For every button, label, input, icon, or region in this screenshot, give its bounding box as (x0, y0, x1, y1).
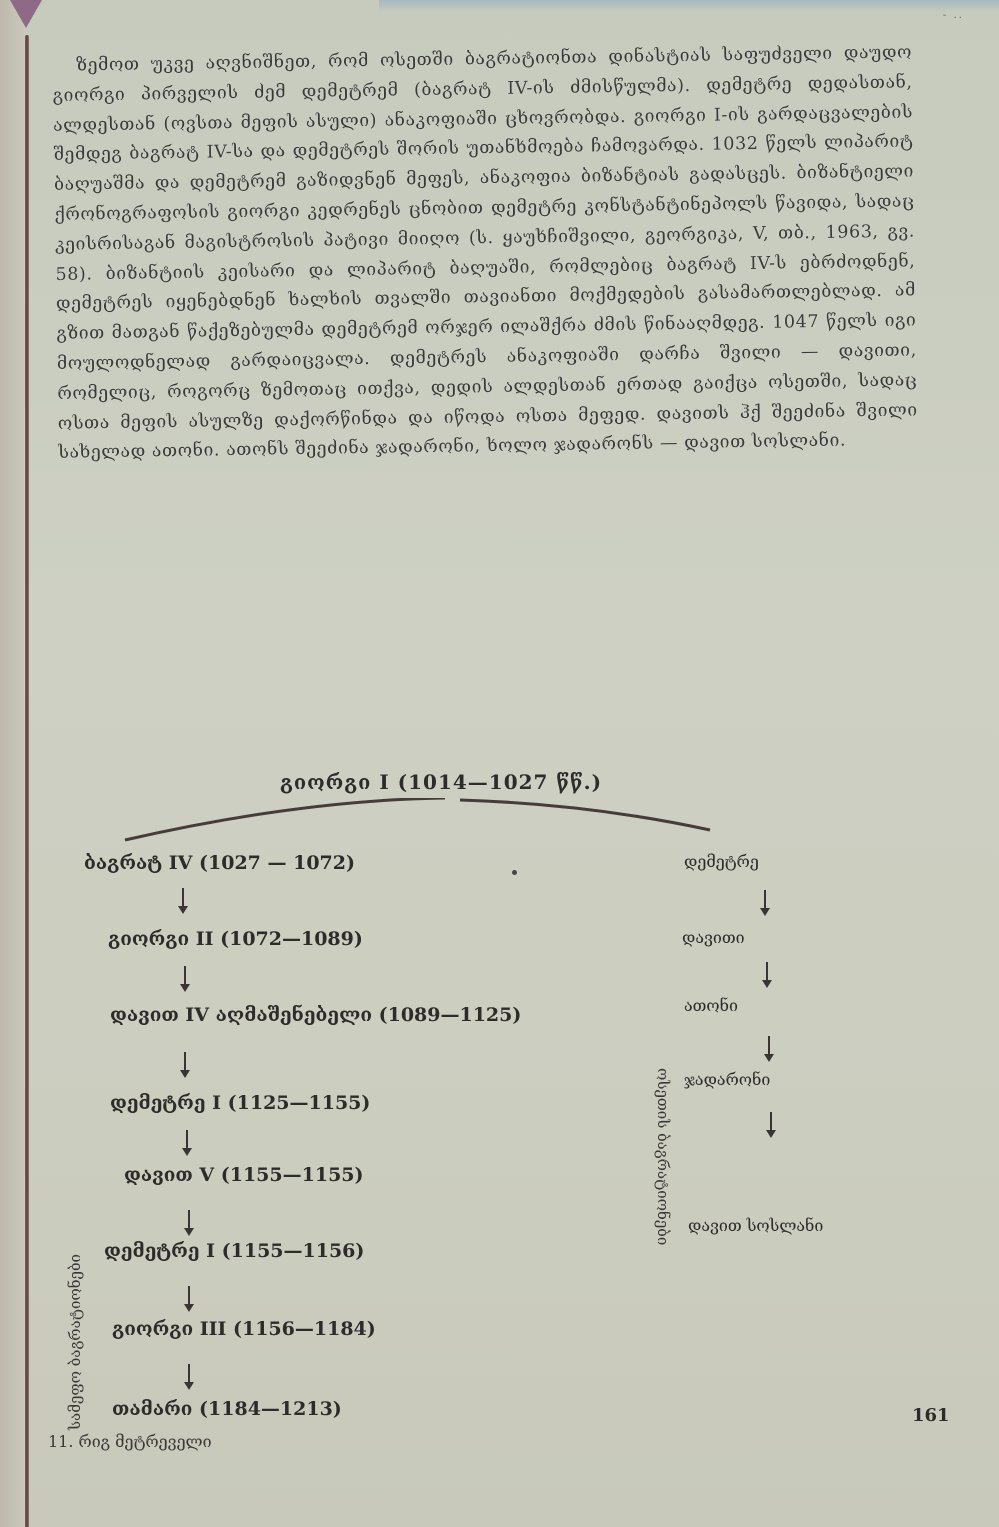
branch-arc (120, 798, 720, 848)
stray-dot (512, 870, 517, 875)
printer-signature: 11. რიგ მეტრეველი (48, 1432, 212, 1451)
arrow-down-icon (764, 890, 766, 910)
left-branch-label: სამეფო ბაგრატიონები (66, 1254, 84, 1430)
right-node-4: ჯადარონი (684, 1070, 770, 1089)
left-node-7: გიორგი III (1156—1184) (112, 1318, 376, 1340)
right-node-3: ათონი (684, 996, 738, 1015)
arrow-down-icon (766, 962, 768, 982)
arrow-down-icon (184, 966, 186, 986)
left-node-2: გიორგი II (1072—1089) (108, 928, 363, 950)
arrow-down-icon (188, 1364, 190, 1384)
right-node-1: დემეტრე (684, 852, 759, 871)
arrow-down-icon (184, 1052, 186, 1072)
right-node-2: დავითი (682, 928, 745, 947)
left-node-6: დემეტრე I (1155—1156) (104, 1240, 364, 1262)
arrow-down-icon (770, 1112, 772, 1132)
left-node-3: დავით IV აღმაშენებელი (1089—1125) (110, 1004, 521, 1026)
arrow-down-icon (188, 1210, 190, 1230)
arrow-down-icon (182, 888, 184, 908)
right-branch-label: ოსეთის ბაგრატიონები (654, 1068, 672, 1245)
left-node-5: დავით V (1155—1155) (124, 1164, 364, 1186)
genealogy-root: გიორგი I (1014—1027 წწ.) (280, 770, 602, 794)
left-node-1: ბაგრატ IV (1027 — 1072) (84, 852, 355, 874)
left-node-8: თამარი (1184—1213) (112, 1398, 342, 1420)
arrow-down-icon (188, 1286, 190, 1306)
book-page: - .. ზემოთ უკვე აღვნიშნეთ, რომ ოსეთში ბა… (0, 0, 999, 1527)
genealogy-diagram: გიორგი I (1014—1027 წწ.) ბაგრატ IV (1027… (0, 0, 999, 1527)
page-number: 161 (912, 1405, 950, 1426)
right-node-5: დავით სოსლანი (688, 1216, 823, 1235)
arrow-down-icon (768, 1036, 770, 1056)
arrow-down-icon (186, 1130, 188, 1150)
left-node-4: დემეტრე I (1125—1155) (110, 1092, 370, 1114)
